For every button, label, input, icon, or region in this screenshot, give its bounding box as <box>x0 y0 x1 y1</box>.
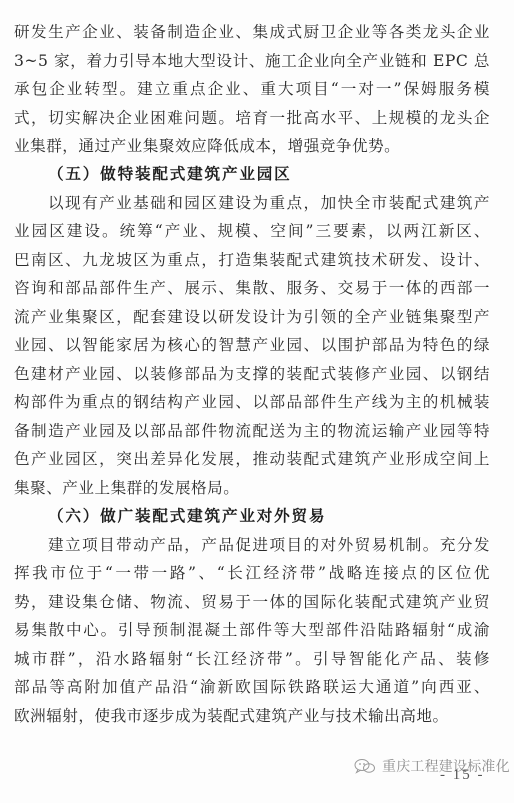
text-line: 构部件为重点的钢结构产业园、以部品部件生产线为主的机械装 <box>14 388 490 416</box>
text-line: 挥我市位于“一带一路”、“长江经济带”战略连接点的区位优 <box>14 559 490 587</box>
text-line: 欧洲辐射，使我市逐步成为装配式建筑产业与技术输出高地。 <box>14 702 490 730</box>
text-line: 巴南区、九龙坡区为重点，打造集装配式建筑技术研发、设计、 <box>14 246 490 274</box>
text-line: 业集群，通过产业集聚效应降低成本，增强竞争优势。 <box>14 132 490 160</box>
text-line: 业园、以智能家居为核心的智慧产业园、以围护部品为特色的绿 <box>14 331 490 359</box>
text-line: 备制造产业园及以部品部件物流配送为主的物流运输产业园等特 <box>14 417 490 445</box>
text-line: 势，建设集仓储、物流、贸易于一体的国际化装配式建筑产业贸 <box>14 588 490 616</box>
text-line: 色产业园区，突出差异化发展，推动装配式建筑产业形成空间上 <box>14 445 490 473</box>
text-line: 业园区建设。统筹“产业、规模、空间”三要素，以两江新区、 <box>14 217 490 245</box>
section-heading-5: （五）做特装配式建筑产业园区 <box>48 160 490 188</box>
text-line: 色建材产业园、以装修部品为支撑的装配式装修产业园、以钢结 <box>14 360 490 388</box>
paragraph-start: 以现有产业基础和园区建设为重点，加快全市装配式建筑产 <box>48 189 490 217</box>
text-line: 部品等高附加值产品沿“渝新欧国际铁路联运大通道”向西亚、 <box>14 673 490 701</box>
text-line: 流产业集聚区，配套建设以研发设计为引领的全产业链集聚型产 <box>14 303 490 331</box>
text-line: 承包企业转型。建立重点企业、重大项目“一对一”保姆服务模 <box>14 75 490 103</box>
document-page: 研发生产企业、装备制造企业、集成式厨卫企业等各类龙头企业 3~5 家，着力引导本… <box>0 0 514 803</box>
text-line: 城市群”，沿水路辐射“长江经济带”。引导智能化产品、装修 <box>14 645 490 673</box>
text-line: 集聚、产业上集群的发展格局。 <box>14 474 490 502</box>
paragraph-start: 建立项目带动产品，产品促进项目的对外贸易机制。充分发 <box>48 531 490 559</box>
section-heading-6: （六）做广装配式建筑产业对外贸易 <box>48 502 490 530</box>
text-line: 式，切实解决企业困难问题。培育一批高水平、上规模的龙头企 <box>14 104 490 132</box>
text-line: 研发生产企业、装备制造企业、集成式厨卫企业等各类龙头企业 <box>14 18 490 46</box>
text-line: 易集散中心。引导预制混凝土部件等大型部件沿陆路辐射“成渝 <box>14 616 490 644</box>
text-line: 咨询和部品部件生产、展示、集散、服务、交易于一体的西部一 <box>14 274 490 302</box>
text-line: 3~5 家，着力引导本地大型设计、施工企业向全产业链和 EPC 总 <box>14 47 490 75</box>
